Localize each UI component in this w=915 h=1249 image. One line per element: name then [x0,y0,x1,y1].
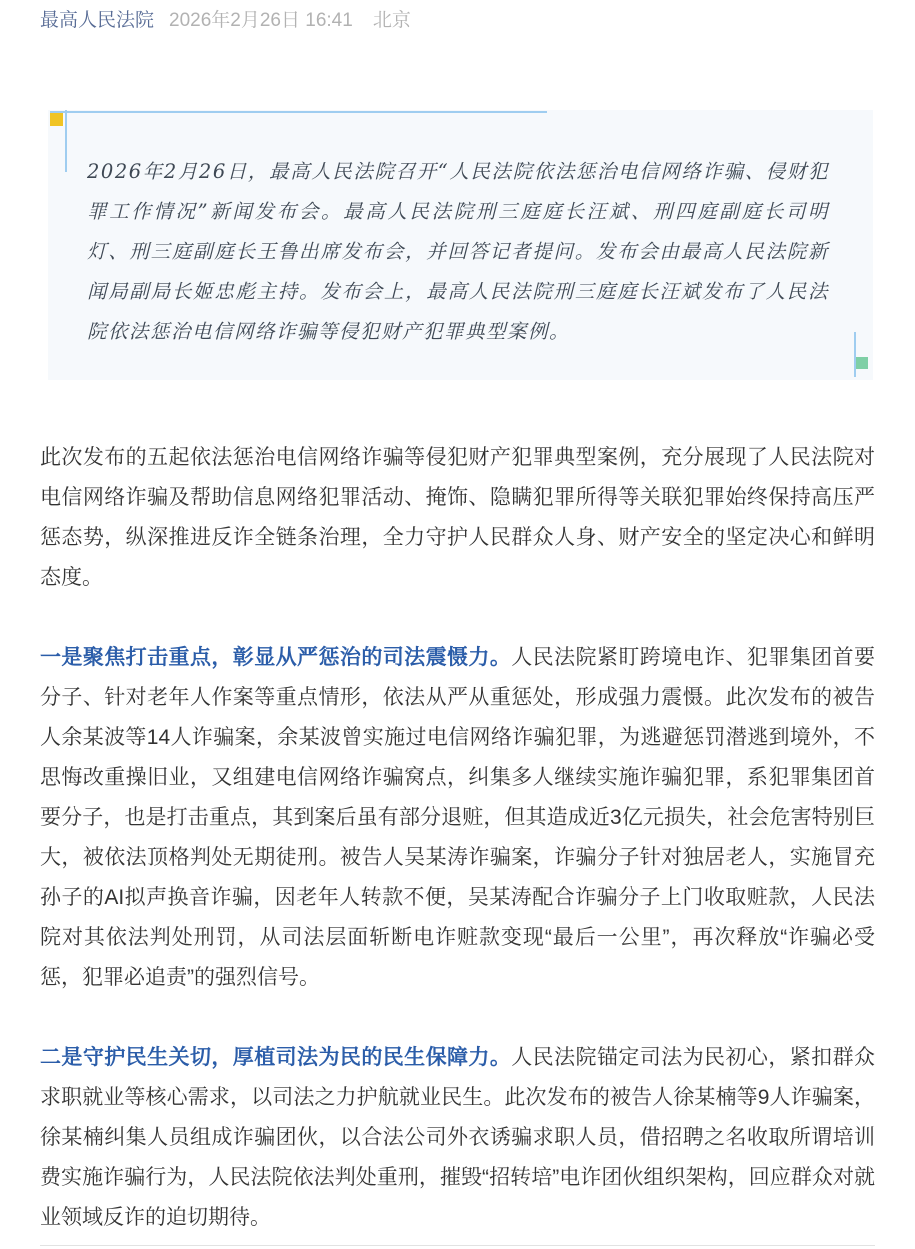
quote-top-line-decoration [50,111,547,113]
highlight-quote-box: 2026年2月26日，最高人民法院召开“人民法院依法惩治电信网络诈骗、侵财犯罪工… [48,110,873,380]
quote-green-square-decoration [856,357,868,369]
paragraph: 二是守护民生关切，厚植司法为民的民生保障力。人民法院锚定司法为民初心，紧扣群众求… [40,1038,875,1238]
article-header: 最高人民法院 2026年2月26日 16:41 北京 [40,9,875,33]
paragraph-lead: 一是聚焦打击重点，彰显从严惩治的司法震慑力。 [40,646,511,669]
quote-yellow-square-decoration [50,113,63,126]
paragraph-text: 人民法院紧盯跨境电诈、犯罪集团首要分子、针对老年人作案等重点情形，依法从严从重惩… [40,646,875,989]
paragraph: 此次发布的五起依法惩治电信网络诈骗等侵犯财产犯罪典型案例，充分展现了人民法院对电… [40,438,875,598]
publish-time: 2026年2月26日 16:41 [169,9,353,33]
quote-bottom-right-line-decoration [854,332,856,377]
publish-location: 北京 [373,9,411,33]
paragraph-lead: 二是守护民生关切，厚植司法为民的民生保障力。 [40,1046,511,1069]
paragraph: 一是聚焦打击重点，彰显从严惩治的司法震慑力。人民法院紧盯跨境电诈、犯罪集团首要分… [40,638,875,998]
account-name-link[interactable]: 最高人民法院 [40,9,154,33]
paragraph-text: 此次发布的五起依法惩治电信网络诈骗等侵犯财产犯罪典型案例，充分展现了人民法院对电… [40,446,875,589]
paragraph-text: 人民法院锚定司法为民初心，紧扣群众求职就业等核心需求，以司法之力护航就业民生。此… [40,1046,875,1229]
section-divider [40,1245,875,1246]
article-page: 最高人民法院 2026年2月26日 16:41 北京 2026年2月26日，最高… [0,0,915,1249]
article-body: 此次发布的五起依法惩治电信网络诈骗等侵犯财产犯罪典型案例，充分展现了人民法院对电… [40,438,875,1238]
quote-top-left-line-decoration [65,110,67,172]
quote-text: 2026年2月26日，最高人民法院召开“人民法院依法惩治电信网络诈骗、侵财犯罪工… [87,160,829,343]
